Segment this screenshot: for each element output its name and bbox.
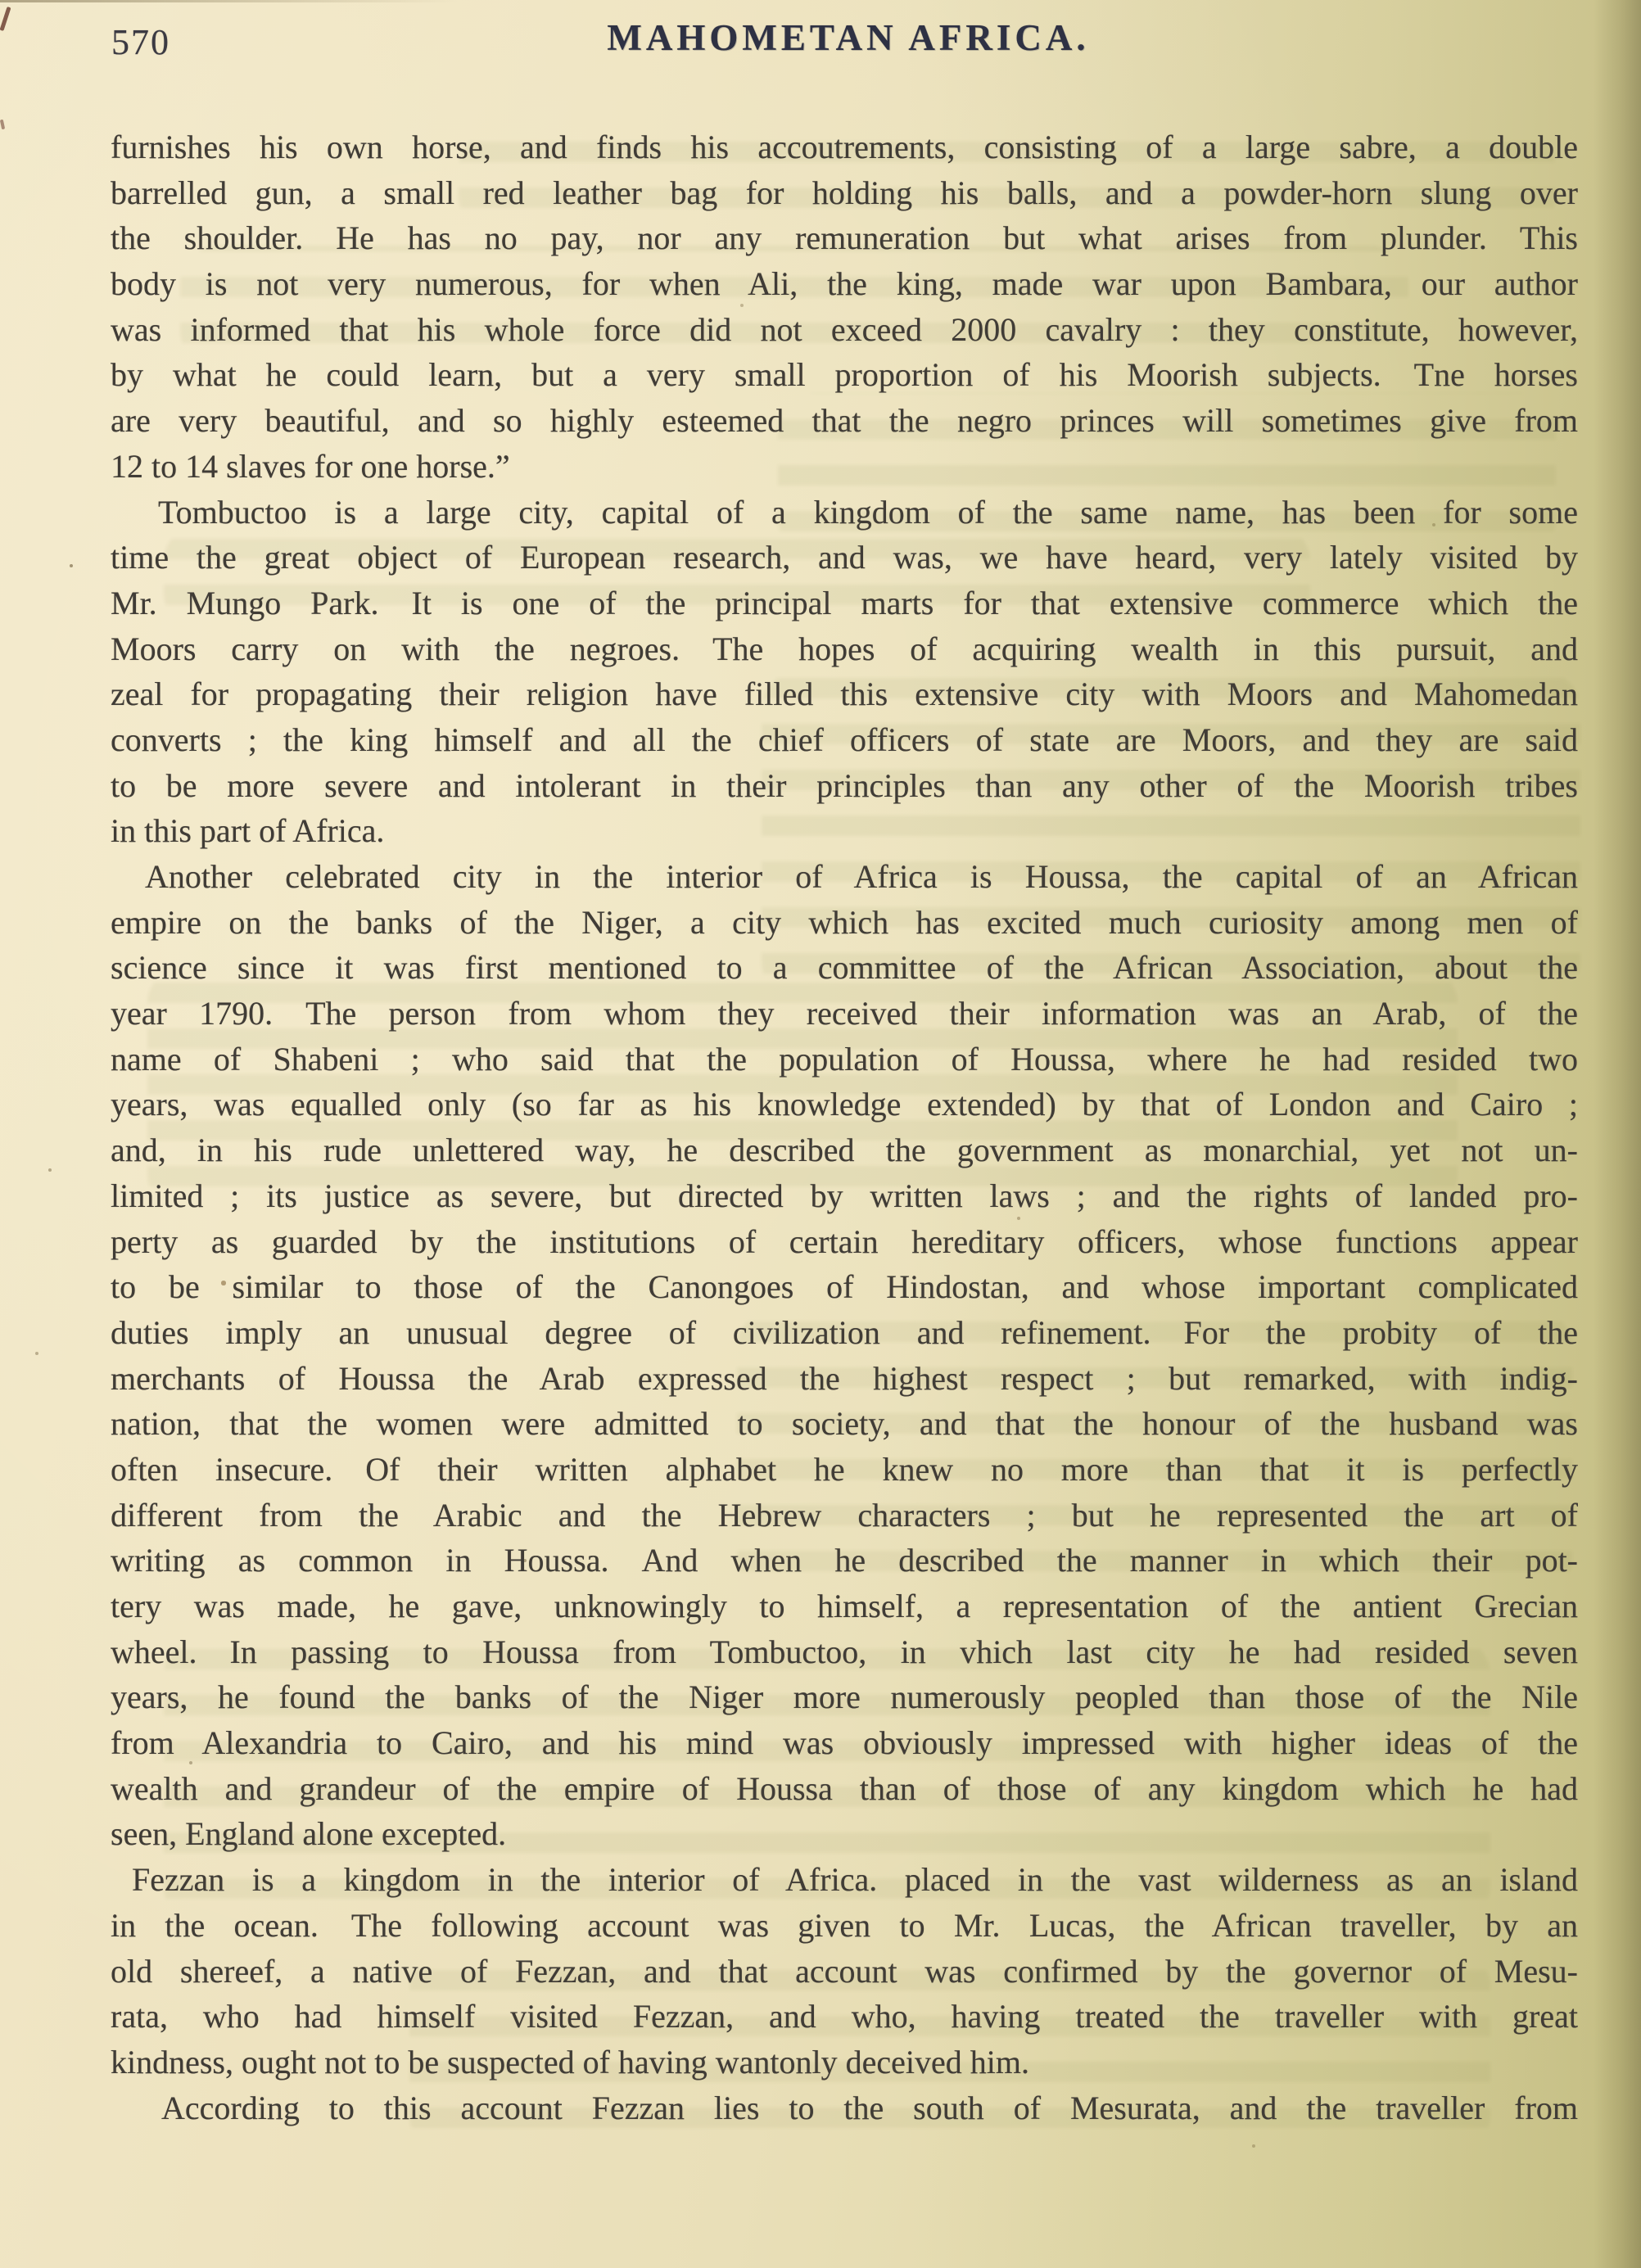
text-line: furnishes his own horse, and finds his a…	[111, 124, 1578, 170]
page-top-edge	[0, 0, 459, 2]
text-line: body is not very numerous, for when Ali,…	[111, 261, 1578, 307]
paragraph: furnishes his own horse, and finds his a…	[111, 124, 1578, 490]
paragraph: Tombuctoo is a large city, capital of a …	[111, 490, 1578, 855]
text-line: old shereef, a native of Fezzan, and tha…	[111, 1949, 1578, 1995]
running-title: MAHOMETAN AFRICA.	[607, 16, 1089, 59]
text-line: merchants of Houssa the Arab expressed t…	[111, 1356, 1578, 1402]
text-line: kindness, ought not to be suspected of h…	[111, 2040, 1578, 2085]
text-line: Fezzan is a kingdom in the interior of A…	[111, 1857, 1578, 1903]
text-line: time the great object of European resear…	[111, 535, 1578, 581]
text-line: Mr. Mungo Park. It is one of the princip…	[111, 581, 1578, 626]
text-line: in the ocean. The following account was …	[111, 1903, 1578, 1949]
text-line: to be similar to those of the Canongoes …	[111, 1264, 1578, 1310]
binding-mark	[0, 120, 5, 130]
text-line: years, was equalled only (so far as his …	[111, 1082, 1578, 1127]
text-line: often insecure. Of their written alphabe…	[111, 1447, 1578, 1493]
body-text: furnishes his own horse, and finds his a…	[111, 124, 1578, 2130]
paragraph: According to this account Fezzan lies to…	[111, 2085, 1578, 2131]
text-line: Moors carry on with the negroes. The hop…	[111, 626, 1578, 672]
text-line: limited ; its justice as severe, but dir…	[111, 1173, 1578, 1219]
text-line: Tombuctoo is a large city, capital of a …	[111, 490, 1578, 535]
text-line: years, he found the banks of the Niger m…	[111, 1674, 1578, 1720]
scanned-book-page: { "page": { "number": "570", "running_ti…	[0, 0, 1641, 2268]
text-line: wheel. In passing to Houssa from Tombuct…	[111, 1629, 1578, 1675]
text-line: converts ; the king himself and all the …	[111, 717, 1578, 763]
page-edge-shadow	[1594, 0, 1641, 2268]
text-line: tery was made, he gave, unknowingly to h…	[111, 1584, 1578, 1629]
paper-specks	[0, 0, 2, 2]
text-line: are very beautiful, and so highly esteem…	[111, 398, 1578, 444]
page-background: 570 MAHOMETAN AFRICA. furnishes his own …	[0, 0, 1641, 2268]
text-line: the shoulder. He has no pay, nor any rem…	[111, 215, 1578, 261]
text-line: different from the Arabic and the Hebrew…	[111, 1493, 1578, 1538]
text-line: perty as guarded by the institutions of …	[111, 1219, 1578, 1265]
text-line: rata, who had himself visited Fezzan, an…	[111, 1994, 1578, 2040]
text-line: to be more severe and intolerant in thei…	[111, 763, 1578, 809]
text-line: 12 to 14 slaves for one horse.”	[111, 444, 1578, 490]
text-line: seen, England alone excepted.	[111, 1811, 1578, 1857]
text-line: wealth and grandeur of the empire of Hou…	[111, 1766, 1578, 1812]
text-line: by what he could learn, but a very small…	[111, 352, 1578, 398]
text-line: barrelled gun, a small red leather bag f…	[111, 170, 1578, 216]
paragraph: Another celebrated city in the interior …	[111, 854, 1578, 1857]
page-number: 570	[111, 21, 170, 63]
text-line: zeal for propagating their religion have…	[111, 671, 1578, 717]
text-line: empire on the banks of the Niger, a city…	[111, 900, 1578, 946]
text-line: nation, that the women were admitted to …	[111, 1401, 1578, 1447]
text-line: science since it was first mentioned to …	[111, 945, 1578, 991]
text-line: name of Shabeni ; who said that the popu…	[111, 1037, 1578, 1082]
text-line: Another celebrated city in the interior …	[111, 854, 1578, 900]
text-line: writing as common in Houssa. And when he…	[111, 1538, 1578, 1584]
text-line: year 1790. The person from whom they rec…	[111, 991, 1578, 1037]
text-line: from Alexandria to Cairo, and his mind w…	[111, 1720, 1578, 1766]
text-line: duties imply an unusual degree of civili…	[111, 1310, 1578, 1356]
paragraph: Fezzan is a kingdom in the interior of A…	[111, 1857, 1578, 2085]
binding-mark	[0, 7, 11, 31]
text-line: in this part of Africa.	[111, 808, 1578, 854]
text-line: According to this account Fezzan lies to…	[111, 2085, 1578, 2131]
text-line: and, in his rude unlettered way, he desc…	[111, 1127, 1578, 1173]
text-line: was informed that his whole force did no…	[111, 307, 1578, 353]
